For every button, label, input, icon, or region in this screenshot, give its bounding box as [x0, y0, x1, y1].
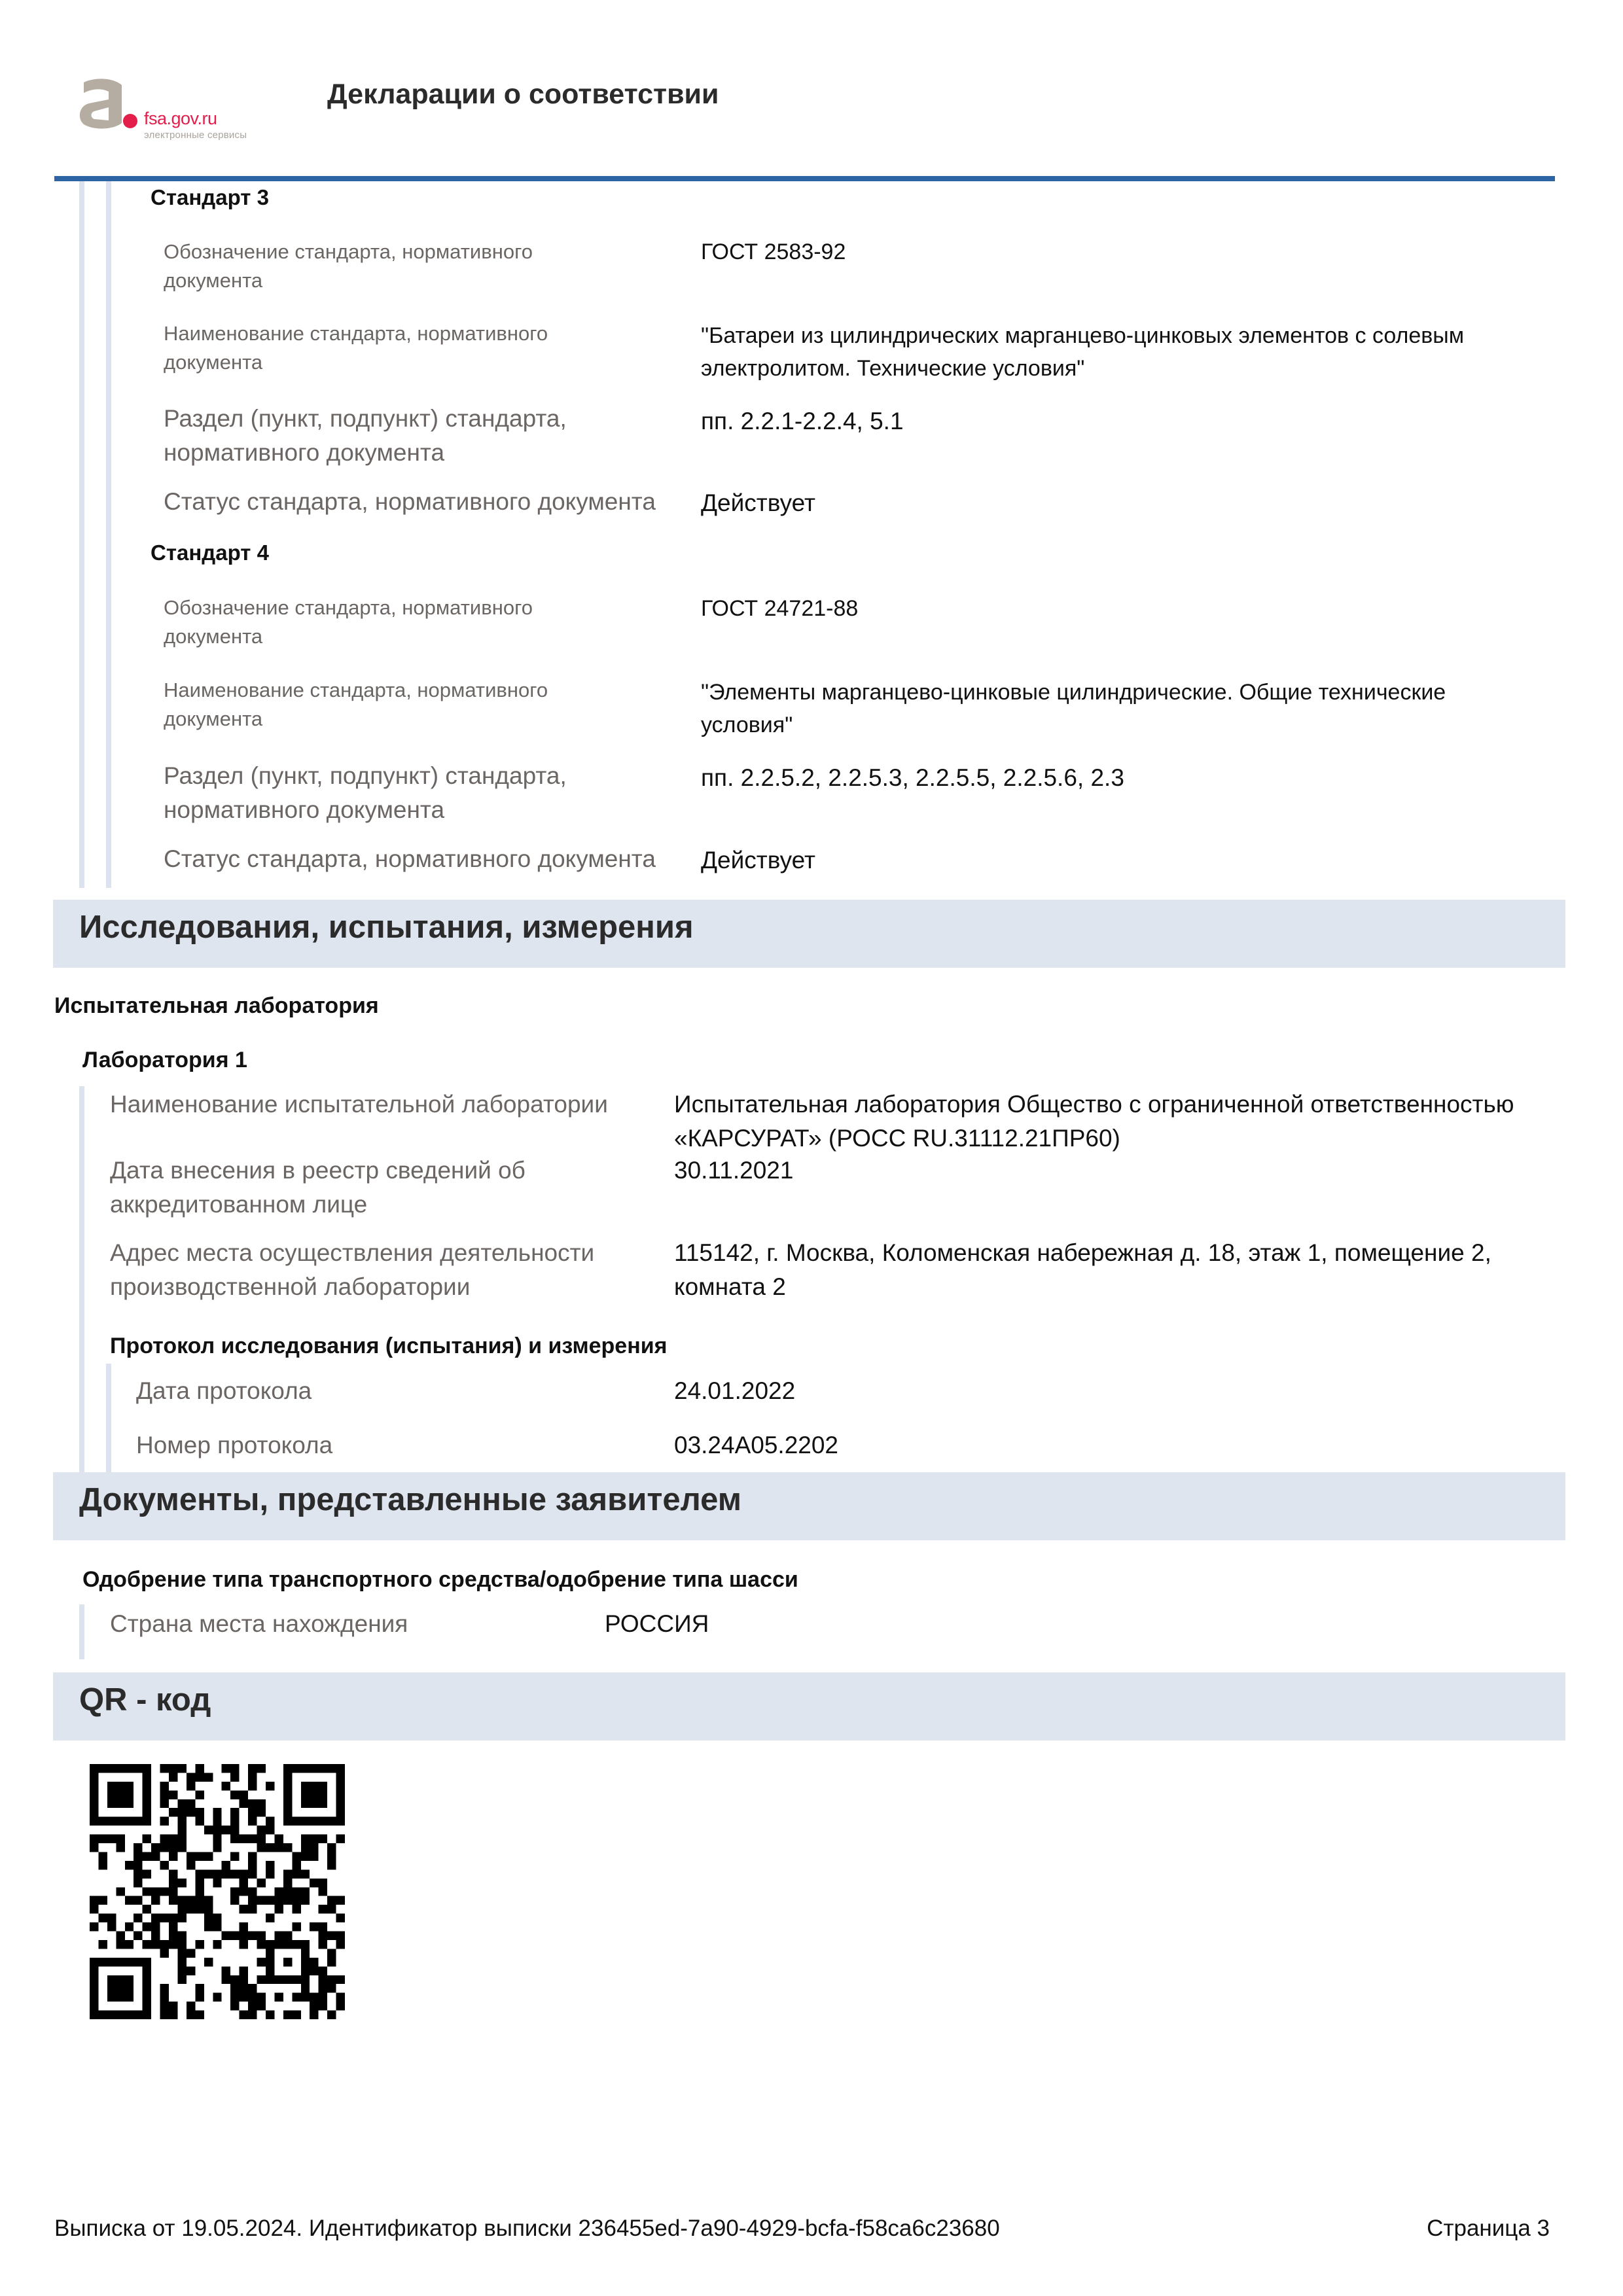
qr-code [90, 1764, 345, 2019]
section-title: Исследования, испытания, измерения [79, 909, 694, 945]
fsa-logo-icon [75, 77, 128, 131]
section-title: QR - код [79, 1682, 211, 1718]
nest-bar-lab [79, 1086, 84, 1472]
field-value: РОССИЯ [605, 1607, 709, 1641]
field-value: 30.11.2021 [674, 1154, 793, 1188]
nest-bar-documents [79, 1604, 84, 1659]
field-value: ГОСТ 2583-92 [701, 236, 846, 268]
page-number: Страница 3 [1427, 2216, 1550, 2242]
nest-bar-protocol [106, 1364, 111, 1472]
field-value: 24.01.2022 [674, 1374, 795, 1408]
lab-heading: Лаборатория 1 [82, 1048, 247, 1073]
field-label: Страна места нахождения [110, 1607, 408, 1641]
field-label: Номер протокола [136, 1428, 332, 1462]
field-value: пп. 2.2.5.2, 2.2.5.3, 2.2.5.5, 2.2.5.6, … [701, 761, 1124, 795]
field-value: "Элементы марганцево-цинковые цилиндриче… [701, 676, 1446, 741]
field-label: Статус стандарта, нормативного документа [164, 485, 656, 519]
field-label: Наименование испытательной лаборатории [110, 1087, 608, 1122]
field-label: Адрес места осуществления деятельностипр… [110, 1236, 594, 1304]
field-label: Раздел (пункт, подпункт) стандарта,норма… [164, 759, 567, 827]
field-label: Обозначение стандарта, нормативногодокум… [164, 593, 533, 651]
section-header-qr: QR - код [53, 1672, 1565, 1740]
standard-heading: Стандарт 4 [151, 540, 269, 565]
footer-extract-info: Выписка от 19.05.2024. Идентификатор вып… [54, 2216, 1000, 2242]
field-label: Статус стандарта, нормативного документа [164, 842, 656, 876]
field-value: 115142, г. Москва, Коломенская набережна… [674, 1236, 1491, 1304]
section-header-documents: Документы, представленные заявителем [53, 1472, 1565, 1540]
field-label: Дата протокола [136, 1374, 312, 1408]
field-label: Обозначение стандарта, нормативногодокум… [164, 238, 533, 295]
field-value: 03.24А05.2202 [674, 1428, 838, 1462]
field-label: Наименование стандарта, нормативногодоку… [164, 319, 548, 377]
field-label: Дата внесения в реестр сведений обаккред… [110, 1154, 526, 1222]
section-title: Документы, представленные заявителем [79, 1481, 741, 1518]
status-value: Действует [701, 486, 815, 520]
field-value: ГОСТ 24721-88 [701, 592, 858, 625]
field-label: Раздел (пункт, подпункт) стандарта,норма… [164, 402, 567, 470]
protocol-heading: Протокол исследования (испытания) и изме… [110, 1333, 667, 1359]
field-value: Испытательная лаборатория Общество с огр… [674, 1087, 1514, 1156]
section-header-research: Исследования, испытания, измерения [53, 900, 1565, 968]
field-value: пп. 2.2.1-2.2.4, 5.1 [701, 404, 904, 438]
logo-subtitle: электронные сервисы [144, 130, 247, 141]
nest-bar-inner [106, 181, 111, 888]
subsection-title: Одобрение типа транспортного средства/од… [82, 1567, 798, 1593]
header-divider [54, 176, 1555, 181]
field-value: "Батареи из цилиндрических марганцево-ци… [701, 319, 1464, 385]
standard-heading: Стандарт 3 [151, 185, 269, 210]
subsection-title: Испытательная лаборатория [54, 993, 379, 1019]
page-title: Декларации о соответствии [327, 79, 719, 111]
logo-red-dot [123, 114, 137, 128]
field-label: Наименование стандарта, нормативногодоку… [164, 676, 548, 733]
nest-bar-outer [79, 181, 84, 888]
status-value: Действует [701, 843, 815, 877]
logo-site-name: fsa.gov.ru [144, 109, 217, 129]
